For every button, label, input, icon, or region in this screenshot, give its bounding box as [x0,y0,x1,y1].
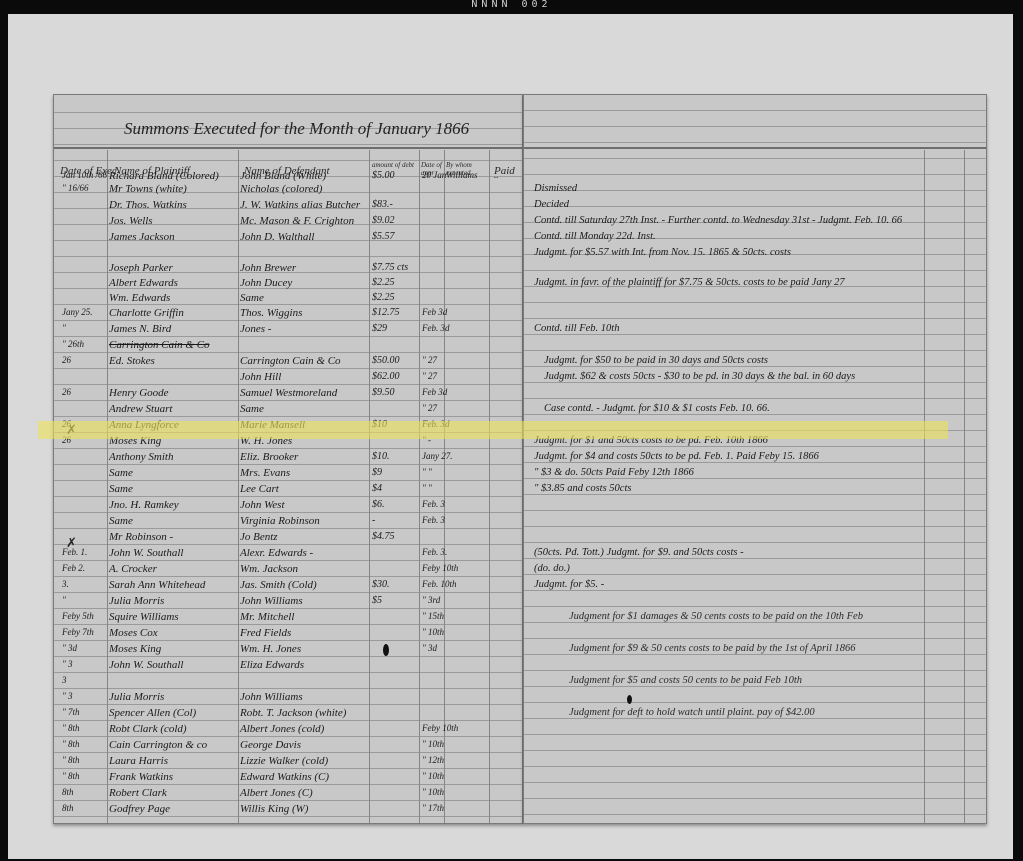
entry-date: " 26th [62,339,110,349]
disposition-note: Judgmt. for $5. - [534,579,604,590]
return-date: Feby 10th [422,563,458,573]
plaintiff-name: Jos. Wells [109,215,153,227]
plaintiff-name: Sarah Ann Whitehead [109,579,205,591]
defendant-name: Eliz. Brooker [240,451,298,463]
amount-of-debt: $5.57 [372,231,395,242]
column-divider [964,150,965,823]
plaintiff-name: Frank Watkins [109,771,173,783]
table-row: 26Henry GoodeSamuel Westmoreland$9.50Feb… [54,387,522,403]
entry-date: 8th [62,787,110,797]
plaintiff-name: Squire Williams [109,611,179,623]
plaintiff-name: Julia Morris [109,595,164,607]
plaintiff-name: A. Crocker [109,563,157,575]
disposition-note: Judgmt. for $5.57 with Int. from Nov. 15… [534,247,791,258]
plaintiff-name: Robt Clark (cold) [109,723,187,735]
return-date: Feb. 3. [422,547,447,557]
disposition-note: Decided [534,199,569,210]
table-row: Jany 25.Charlotte GriffinThos. Wiggins$1… [54,307,522,323]
table-row: Mr Robinson -Jo Bentz$4.75 [54,531,522,547]
amount-of-debt: $7.75 cts [372,262,408,273]
plaintiff-name: Wm. Edwards [109,292,170,304]
plaintiff-name: Henry Goode [109,387,169,399]
table-row: " 26thCarrington Cain & Co [54,339,522,355]
return-date: Feb 3d [422,387,447,397]
entry-date: 3. [62,579,110,589]
entry-date: Feby 7th [62,627,110,637]
table-row: " 8thFrank WatkinsEdward Watkins (C)" 10… [54,771,522,787]
table-row: Albert EdwardsJohn Ducey$2.25 [54,277,522,293]
amount-of-debt: $9.50 [372,387,395,398]
disposition-note: Judgment for $5 and costs 50 cents to be… [569,675,802,686]
table-row: Dr. Thos. WatkinsJ. W. Watkins alias But… [54,199,522,215]
column-divider [924,150,925,823]
return-date: Feb. 3 [422,499,445,509]
table-row: Wm. EdwardsSame$2.25 [54,292,522,308]
table-row: SameVirginia Robinson-Feb. 3 [54,515,522,531]
return-date: Feby 10th [422,723,458,733]
defendant-name: John Brewer [240,262,296,274]
table-row: 8thRobert ClarkAlbert Jones (C)" 10th [54,787,522,803]
plaintiff-name: Jno. H. Ramkey [109,499,179,511]
defendant-name: Mrs. Evans [240,467,290,479]
table-row: John Hill$62.00" 27 [54,371,522,387]
return-date: 20 Jan [422,170,446,180]
defendant-name: John Hill [240,371,281,383]
table-row: " 3John W. SouthallEliza Edwards [54,659,522,675]
plaintiff-name: Andrew Stuart [109,403,172,415]
return-date: Feb 3d [422,307,447,317]
defendant-name: Albert Jones (C) [240,787,313,799]
defendant-name: Fred Fields [240,627,291,639]
plaintiff-name: Cain Carrington & co [109,739,207,751]
entry-date: 3 [62,675,110,685]
table-row: " 3dMoses KingWm. H. Jones" 3d [54,643,522,659]
table-row: Joseph ParkerJohn Brewer$7.75 cts [54,262,522,278]
return-date: " 3d [422,643,437,653]
amount-of-debt: $4 [372,483,382,494]
entry-date: " [62,595,110,605]
table-row: SameMrs. Evans$9" " [54,467,522,483]
entry-date: Feby 5th [62,611,110,621]
return-date: " 10th [422,787,444,797]
table-row: "James N. BirdJones -$29Feb. 3d [54,323,522,339]
header-amount: amount of debt [372,161,416,169]
disposition-note: Contd. till Saturday 27th Inst. - Furthe… [534,215,902,226]
right-page: DismissedDecidedContd. till Saturday 27t… [523,94,987,824]
row-highlight [38,421,948,439]
amount-of-debt: $9 [372,467,382,478]
entry-date: " 3d [62,643,110,653]
entry-date: Jany 25. [62,307,110,317]
return-date: " 12th [422,755,444,765]
amount-of-debt: $10. [372,451,390,462]
defendant-name: Virginia Robinson [240,515,320,527]
disposition-note: (do. do.) [534,563,570,574]
return-date: " 27 [422,355,437,365]
amount-of-debt: $30. [372,579,390,590]
disposition-note: " $3.85 and costs 50cts [534,483,631,494]
table-row: Feby 5thSquire WilliamsMr. Mitchell" 15t… [54,611,522,627]
defendant-name: Samuel Westmoreland [240,387,337,399]
table-row: " 7thSpencer Allen (Col)Robt. T. Jackson… [54,707,522,723]
defendant-name: Lizzie Walker (cold) [240,755,328,767]
plaintiff-name: Richard Bland (Colored) [109,170,219,182]
plaintiff-name: Same [109,467,133,479]
table-row: 8thGodfrey PageWillis King (W)" 17th [54,803,522,819]
plaintiff-name: Spencer Allen (Col) [109,707,196,719]
entry-date: 26 [62,387,110,397]
table-row: " 8thLaura HarrisLizzie Walker (cold)" 1… [54,755,522,771]
plaintiff-name: Dr. Thos. Watkins [109,199,187,211]
return-date: Feb. 3d [422,323,450,333]
return-date: " 10th [422,627,444,637]
amount-of-debt: $4.75 [372,531,395,542]
return-date: " 27 [422,403,437,413]
entry-date: " 8th [62,755,110,765]
defendant-name: Wm. H. Jones [240,643,301,655]
return-date: " 10th [422,771,444,781]
disposition-note: (50cts. Pd. Tott.) Judgmt. for $9. and 5… [534,547,744,558]
return-date: " 17th [422,803,444,813]
amount-of-debt: $83.- [372,199,393,210]
entry-date: 26 [62,355,110,365]
defendant-name: J. W. Watkins alias Butcher [240,199,360,211]
plaintiff-name: Mr Towns (white) [109,183,187,195]
amount-of-debt: $2.25 [372,292,395,303]
return-date: Feb. 10th [422,579,457,589]
table-row: " 8thCain Carrington & coGeorge Davis" 1… [54,739,522,755]
disposition-note: Judgmt. for $50 to be paid in 30 days an… [544,355,768,366]
entry-date: " 3 [62,659,110,669]
disposition-note: " $3 & do. 50cts Paid Feby 12th 1866 [534,467,694,478]
plaintiff-name: Julia Morris [109,691,164,703]
table-row: 26Ed. StokesCarrington Cain & Co$50.00" … [54,355,522,371]
amount-of-debt: $12.75 [372,307,400,318]
disposition-note: Judgment for $1 damages & 50 cents costs… [569,611,863,622]
defendant-name: Eliza Edwards [240,659,304,671]
entry-date: " 8th [62,771,110,781]
disposition-note: Case contd. - Judgmt. for $10 & $1 costs… [544,403,770,414]
entry-date: Jan 10th /66 [62,170,110,180]
plaintiff-name: Moses Cox [109,627,158,639]
return-date: " " [422,467,432,477]
plaintiff-name: Joseph Parker [109,262,173,274]
defendant-name: Robt. T. Jackson (white) [240,707,346,719]
plaintiff-name: Carrington Cain & Co [109,339,210,351]
defendant-name: John West [240,499,285,511]
defendant-name: Mc. Mason & F. Crighton [240,215,354,227]
plaintiff-name: John W. Southall [109,659,183,671]
plaintiff-name: James Jackson [109,231,175,243]
table-row: Feb 2.A. CrockerWm. JacksonFeby 10th [54,563,522,579]
defendant-name: Thos. Wiggins [240,307,302,319]
entry-date: " 7th [62,707,110,717]
defendant-name: Wm. Jackson [240,563,298,575]
return-date: " 27 [422,371,437,381]
table-row: Andrew StuartSame" 27 [54,403,522,419]
disposition-note: Dismissed [534,183,577,194]
amount-of-debt: $5 [372,595,382,606]
return-date: " 15th [422,611,444,621]
amount-of-debt: $2.25 [372,277,395,288]
plaintiff-name: Moses King [109,643,161,655]
plaintiff-name: Ed. Stokes [109,355,155,367]
plaintiff-name: James N. Bird [109,323,171,335]
disposition-note: Contd. till Monday 22d. Inst. [534,231,656,242]
defendant-name: Jas. Smith (Cold) [240,579,317,591]
plaintiff-name: Robert Clark [109,787,167,799]
disposition-note: Judgmt. $62 & costs 50cts - $30 to be pd… [544,371,855,382]
defendant-name: Mr. Mitchell [240,611,294,623]
defendant-name: Alexr. Edwards - [240,547,313,559]
plaintiff-name: Anthony Smith [109,451,173,463]
cross-mark-icon: ✗ [66,535,77,551]
return-date: Feb. 3 [422,515,445,525]
table-row: Anthony SmithEliz. Brooker$10.Jany 27. [54,451,522,467]
defendant-name: Carrington Cain & Co [240,355,341,367]
return-date: " 3rd [422,595,440,605]
ink-blot [627,695,632,704]
entry-date: " [62,323,110,333]
defendant-name: Willis King (W) [240,803,308,815]
table-row: " 16/66Mr Towns (white)Nicholas (colored… [54,183,522,199]
defendant-name: John Williams [240,595,303,607]
microfilm-frame-label: NNNN 002 [0,0,1023,12]
table-row: SameLee Cart$4" " [54,483,522,499]
disposition-note: Judgmt. in favr. of the plaintiff for $7… [534,277,845,288]
entry-date: " 8th [62,723,110,733]
table-row: 3 [54,675,522,691]
defendant-name: Jo Bentz [240,531,278,543]
defendant-name: Same [240,403,264,415]
entry-date: " 8th [62,739,110,749]
return-date: Jany 27. [422,451,453,461]
ink-blot [383,644,389,656]
page-title: Summons Executed for the Month of Januar… [124,119,469,139]
title-rule [54,147,522,149]
defendant-name: George Davis [240,739,301,751]
plaintiff-name: Godfrey Page [109,803,170,815]
amount-of-debt: $50.00 [372,355,400,366]
table-row: Jno. H. RamkeyJohn West$6.Feb. 3 [54,499,522,515]
plaintiff-name: Laura Harris [109,755,168,767]
plaintiff-name: Same [109,483,133,495]
defendant-name: Jones - [240,323,271,335]
ledger-book: Summons Executed for the Month of Januar… [53,94,988,824]
table-row: " 8thRobt Clark (cold)Albert Jones (cold… [54,723,522,739]
scan-background: Summons Executed for the Month of Januar… [8,14,1013,859]
plaintiff-name: Albert Edwards [109,277,178,289]
defendant-name: John D. Walthall [240,231,314,243]
entry-date: 8th [62,803,110,813]
disposition-note: Judgmt. for $4 and costs 50cts to be pd.… [534,451,819,462]
title-rule [524,147,986,149]
amount-of-debt: $5.00 [372,170,395,181]
disposition-note: Judgment for $9 & 50 cents costs to be p… [569,643,856,654]
left-page: Summons Executed for the Month of Januar… [53,94,523,824]
amount-of-debt: - [372,515,375,526]
paid-status: .. [494,170,499,180]
amount-of-debt: $29 [372,323,387,334]
disposition-note: Contd. till Feb. 10th [534,323,619,334]
executed-by: Williams [446,170,478,180]
return-date: " " [422,483,432,493]
amount-of-debt: $62.00 [372,371,400,382]
defendant-name: Nicholas (colored) [240,183,322,195]
table-row: Feby 7thMoses CoxFred Fields" 10th [54,627,522,643]
defendant-name: Edward Watkins (C) [240,771,329,783]
plaintiff-name: John W. Southall [109,547,183,559]
defendant-name: Same [240,292,264,304]
table-row: James JacksonJohn D. Walthall$5.57 [54,231,522,247]
return-date: " 10th [422,739,444,749]
plaintiff-name: Charlotte Griffin [109,307,184,319]
plaintiff-name: Mr Robinson - [109,531,173,543]
defendant-name: Lee Cart [240,483,279,495]
table-row: Jos. WellsMc. Mason & F. Crighton$9.02 [54,215,522,231]
table-row: 3.Sarah Ann WhiteheadJas. Smith (Cold)$3… [54,579,522,595]
plaintiff-name: Same [109,515,133,527]
disposition-note: Judgment for deft to hold watch until pl… [569,707,815,718]
entry-date: " 3 [62,691,110,701]
table-row: "Julia MorrisJohn Williams$5" 3rd [54,595,522,611]
table-row [54,247,522,263]
entry-date: Feb 2. [62,563,110,573]
defendant-name: John Ducey [240,277,292,289]
defendant-name: John Williams [240,691,303,703]
defendant-name: Albert Jones (cold) [240,723,324,735]
amount-of-debt: $9.02 [372,215,395,226]
entry-date: " 16/66 [62,183,110,193]
table-row: Feb. 1.John W. SouthallAlexr. Edwards -F… [54,547,522,563]
defendant-name: John Bland (White) [240,170,326,182]
amount-of-debt: $6. [372,499,385,510]
table-row: " 3Julia MorrisJohn Williams [54,691,522,707]
